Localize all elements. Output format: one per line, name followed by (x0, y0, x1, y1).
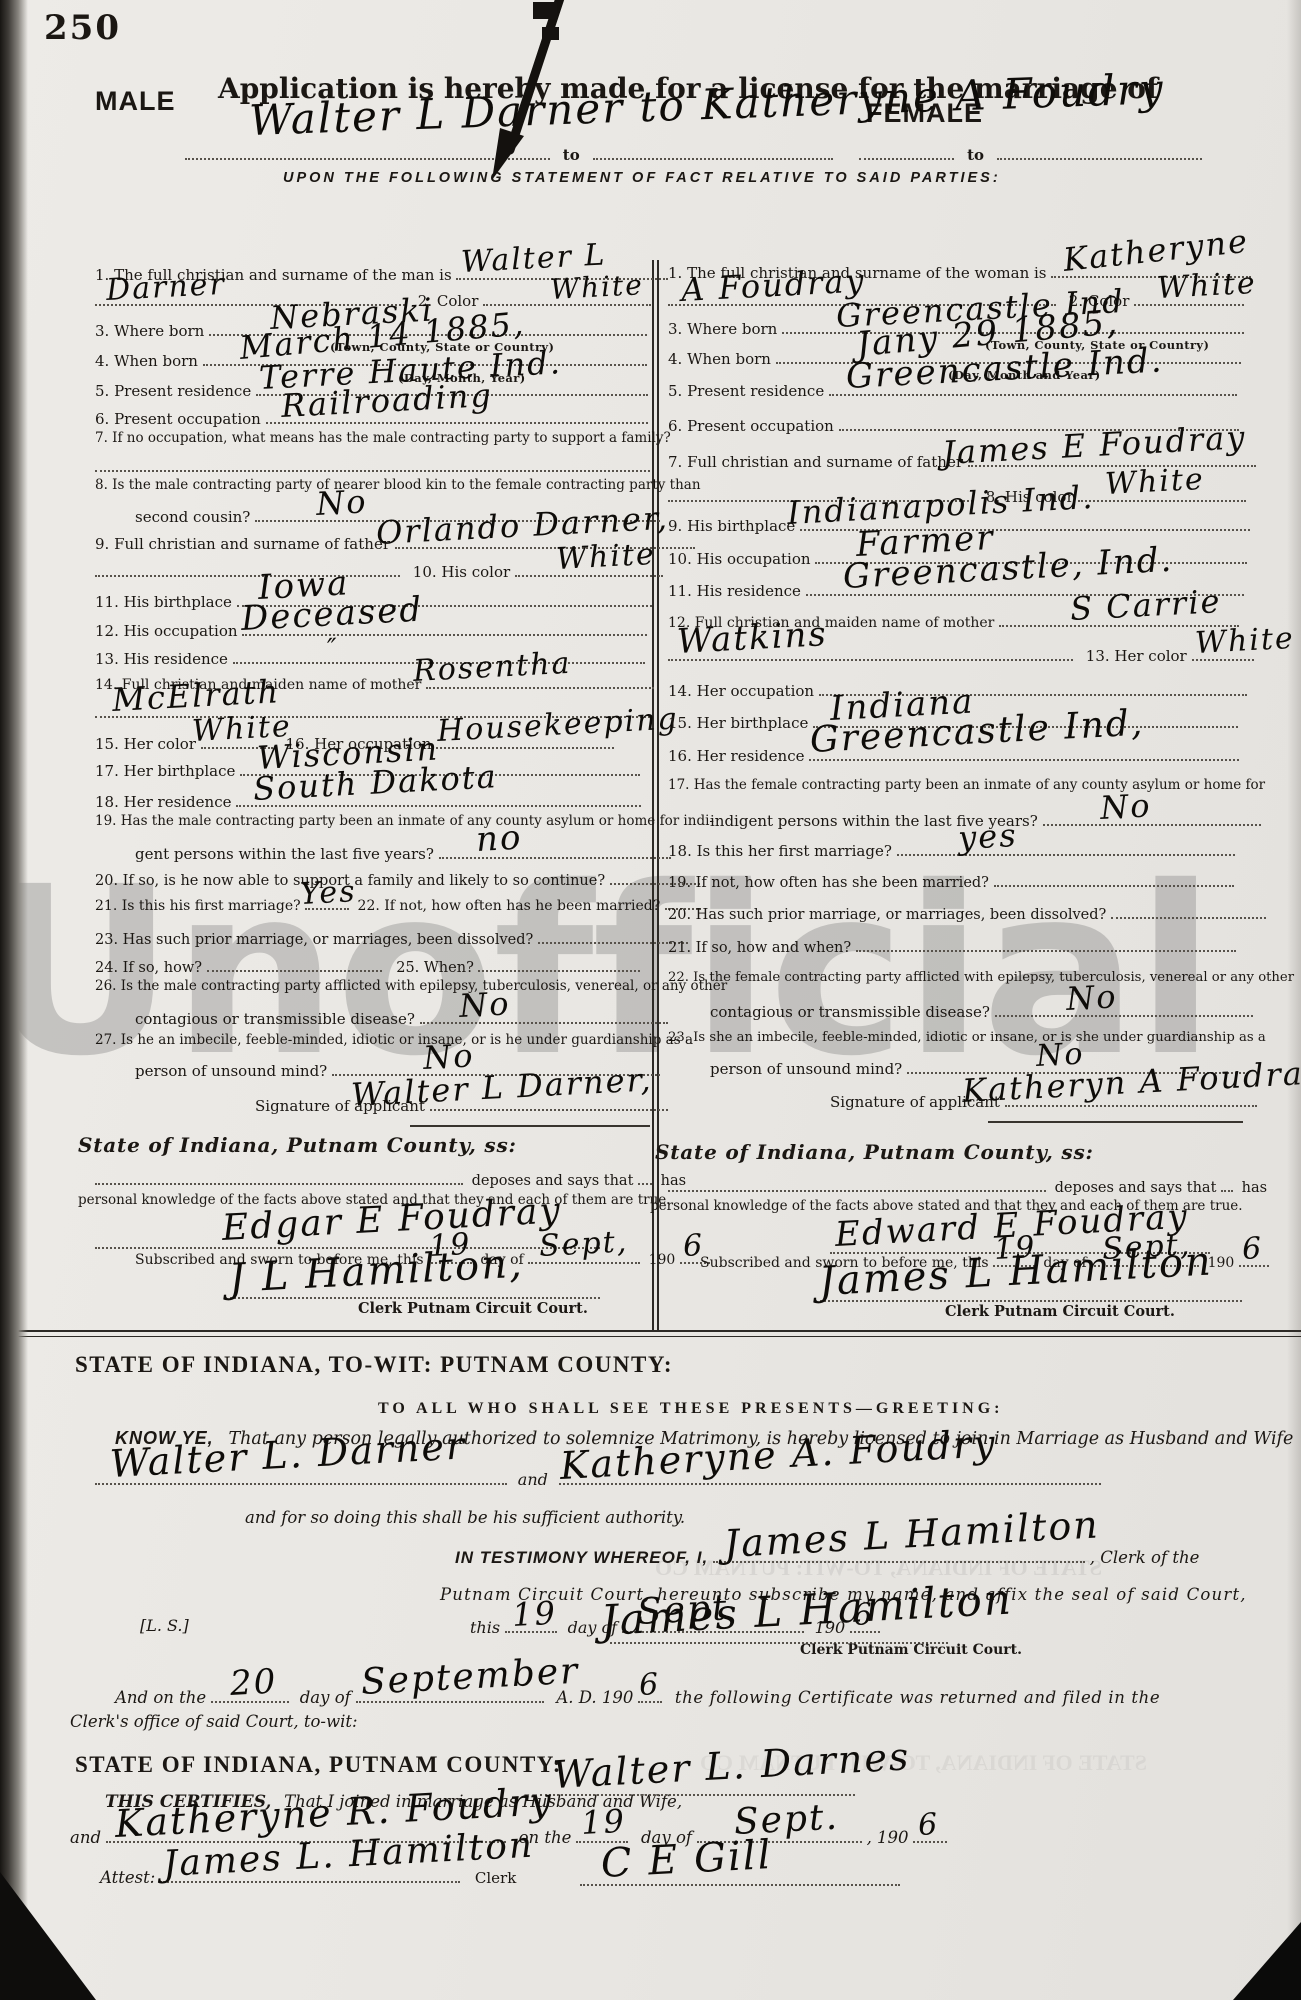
male-father-residence-ditto: ″ (326, 635, 339, 662)
female-mother-handwriting: S Carrie (1069, 585, 1222, 625)
book-binding-edge (0, 0, 28, 2000)
certificate-day-handwriting: 19 (581, 1805, 627, 1839)
page-right-shadow (1287, 0, 1301, 2000)
license-and-label: and (518, 1470, 548, 1489)
male-q24-q25-row: 24. If so, how? 25. When? (95, 960, 640, 976)
female-q23-row: 23. Is she an imbecile, feeble-minded, i… (668, 1030, 1266, 1045)
clerks-office-line: Clerk's office of said Court, to-wit: (70, 1712, 358, 1731)
female-q12b-q13-row: Watkins 13. Her color White (668, 647, 1254, 665)
male-q12-row: 12. His occupation Deceased (95, 622, 647, 640)
female-q17-row: 17. Has the female contracting party bee… (668, 777, 1265, 793)
page-number: 250 (44, 8, 121, 48)
male-q20-row: 20. If so, is he now able to support a f… (95, 873, 700, 889)
license-names-row: Walter L. Darner and Katheryne A. Foudry (95, 1470, 1101, 1489)
license-authority-line: and for so doing this shall be his suffi… (245, 1508, 685, 1527)
male-q21-q22-row: 21. Is this his first marriage? Yes 22. … (95, 898, 701, 914)
bottom-left-corner-mark (0, 1872, 96, 2000)
return-year-handwriting: 6 (639, 1670, 662, 1701)
female-asylum-handwriting: No (1099, 789, 1152, 824)
male-father-color-handwriting: White (555, 540, 656, 575)
female-color-handwriting: White (1157, 269, 1258, 304)
male-sworn-heading: State of Indiana, Putnam County, ss: (78, 1133, 517, 1157)
female-q22b-row: contagious or transmissible disease? No (710, 1003, 1253, 1021)
male-q27-row: 27. Is he an imbecile, feeble-minded, id… (95, 1032, 693, 1048)
female-q16-row: 16. Her residence Greencastle Ind, (668, 747, 1239, 765)
officiant-signature-handwriting: C E Gill (600, 1835, 773, 1884)
column-divider (652, 260, 659, 1332)
license-clerk-title: Clerk Putnam Circuit Court. (800, 1642, 1022, 1658)
male-signature-row: Signature of applicant Walter L Darner, (255, 1097, 668, 1115)
male-column-heading: MALE (95, 86, 176, 117)
male-mother-handwriting: Rosentha (412, 649, 572, 687)
female-sworn-heading: State of Indiana, Putnam County, ss: (655, 1140, 1094, 1164)
male-color-handwriting: White (550, 271, 645, 304)
female-q18-row: 18. Is this her first marriage? yes (668, 842, 1235, 860)
male-occupation-handwriting: Railroading (280, 379, 493, 422)
female-clerk-title: Clerk Putnam Circuit Court. (945, 1303, 1175, 1320)
female-mother-maiden-handwriting: Watkins (676, 617, 828, 659)
return-day-handwriting: 20 (229, 1665, 278, 1701)
male-sworn-month-handwriting: Sept, (539, 1227, 630, 1262)
male-q23-row: 23. Has such prior marriage, or marriage… (95, 932, 688, 948)
return-month-handwriting: September (360, 1654, 580, 1701)
male-q7-row: 7. If no occupation, what means has the … (95, 430, 671, 446)
male-father-occupation-handwriting: Deceased (241, 593, 425, 636)
section-divider (12, 1330, 1301, 1337)
male-q6-row: 6. Present occupation Railroading (95, 410, 648, 428)
testimony-label: IN TESTIMONY WHEREOF, I, (455, 1548, 708, 1567)
license-heading: STATE OF INDIANA, TO-WIT: PUTNAM COUNTY: (75, 1352, 673, 1378)
license-return-row: And on the 20 day of September A. D. 190… (115, 1688, 1160, 1707)
male-q26-row: 26. Is the male contracting party afflic… (95, 978, 727, 994)
marriage-license-record-page: Unofficial STATE OF INDIANA, TO-WIT: PUT… (0, 0, 1301, 2000)
male-signature-underline (410, 1125, 650, 1127)
certificate-officiant-row: C E Gill (580, 1872, 900, 1890)
female-q5-row: 5. Present residence Greencastle Ind. (668, 382, 1237, 400)
license-greeting: TO ALL WHO SHALL SEE THESE PRESENTS—GREE… (378, 1400, 1004, 1418)
license-day-handwriting: 19 (511, 1597, 557, 1631)
female-q19-row: 19. If not, how often has she been marri… (668, 875, 1234, 891)
female-father-color-handwriting: White (1105, 465, 1206, 500)
certificate-year-handwriting: 6 (918, 1810, 941, 1841)
male-q26b-row: contagious or transmissible disease? No (135, 1010, 668, 1028)
male-q19-row: 19. Has the male contracting party been … (95, 813, 714, 829)
certificate-heading: STATE OF INDIANA, PUTNAM COUNTY: (75, 1752, 562, 1778)
ink-arrow-mark (470, 0, 580, 195)
certificate-groom-handwriting: Walter L. Darnes (552, 1737, 911, 1794)
names-headline-row: Walter L Darner to Katheryne A Foudry (250, 100, 1166, 142)
testimony-clerk-handwriting: James L Hamilton (723, 1505, 1101, 1563)
female-disease-handwriting: No (1065, 980, 1118, 1015)
male-surname-handwriting: Darner (105, 270, 226, 306)
certificate-attest-row: Attest: James L. Hamilton Clerk (100, 1868, 516, 1887)
to-line: to to (185, 146, 1202, 164)
statement-heading: UPON THE FOLLOWING STATEMENT OF FACT REL… (283, 170, 1001, 186)
license-testimony-row: IN TESTIMONY WHEREOF, I, James L Hamilto… (455, 1548, 1199, 1568)
female-q22-row: 22. Is the female contracting party affl… (668, 970, 1294, 985)
male-disease-handwriting: No (458, 987, 511, 1022)
female-signature-underline (988, 1121, 1243, 1123)
male-unsound-mind-handwriting: No (422, 1039, 475, 1074)
female-deposes-row: deposes and says that has (668, 1180, 1267, 1196)
male-q18-row: 18. Her residence South Dakota (95, 793, 641, 811)
male-q8-row: 8. Is the male contracting party of near… (95, 477, 701, 493)
to-label-right: to (967, 146, 984, 164)
female-sworn-year-handwriting: 6 (1241, 1234, 1264, 1265)
female-mother-color-handwriting: White (1194, 624, 1295, 659)
female-q20-row: 20. Has such prior marriage, or marriage… (668, 907, 1266, 923)
male-clerk-title: Clerk Putnam Circuit Court. (358, 1300, 588, 1317)
male-q19b-row: gent persons within the last five years?… (135, 845, 671, 863)
male-q10-row: 10. His color White (95, 563, 663, 581)
male-q7-answer-line (95, 458, 650, 476)
male-first-marriage-handwriting: Yes (300, 877, 358, 910)
bottom-right-corner-mark (1233, 1922, 1301, 2000)
male-deposes-row: deposes and says that has (95, 1173, 686, 1189)
male-bloodkin-handwriting: No (315, 485, 368, 520)
female-q21-row: 21. If so, how and when? (668, 940, 1236, 956)
female-signature-row: Signature of applicant Katheryn A Foudra… (830, 1093, 1257, 1111)
female-first-marriage-handwriting: yes (957, 819, 1018, 854)
seal-placeholder: [L. S.] (140, 1616, 189, 1635)
male-asylum-handwriting: no (475, 821, 523, 857)
